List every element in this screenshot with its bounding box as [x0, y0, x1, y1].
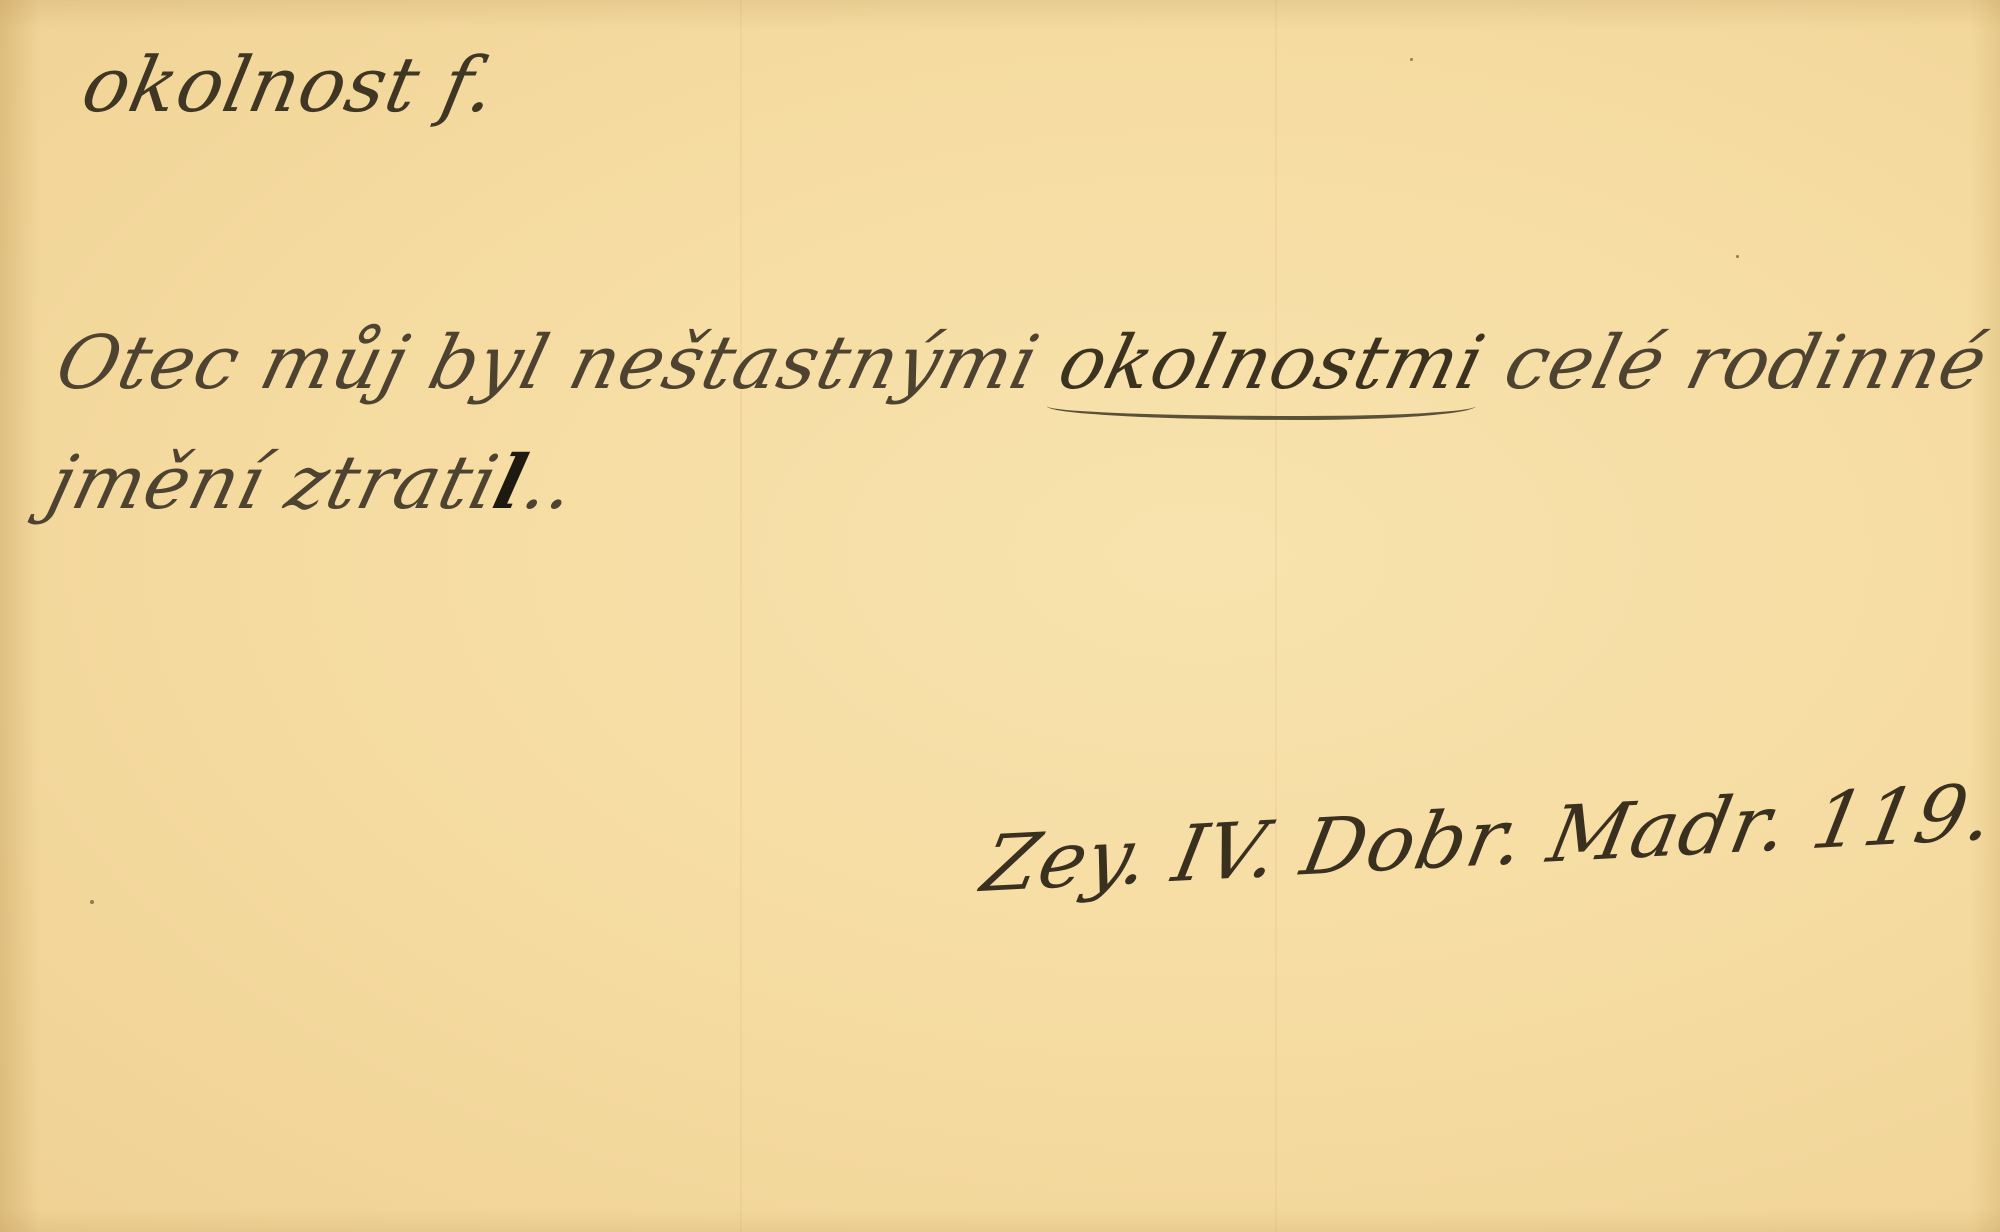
paper-card: [0, 0, 2000, 1232]
example-text: celé rodinné naše: [1472, 320, 2000, 406]
example-text: jmění ztrati: [40, 440, 507, 526]
example-line-2: jmění ztratil..: [40, 440, 585, 526]
example-text: Otec můj byl neštastnými: [48, 320, 1072, 406]
paper-speck: [1736, 255, 1739, 258]
underlined-headword-form: okolnostmi: [1051, 320, 1494, 406]
headword: okolnost f.: [75, 40, 505, 129]
paper-fold-line: [740, 0, 742, 1232]
paper-fold-line: [1275, 0, 1277, 1232]
example-line-1: Otec můj byl neštastnými okolnostmi celé…: [48, 320, 2000, 406]
paper-speck: [1410, 58, 1413, 61]
paper-speck: [90, 900, 94, 904]
